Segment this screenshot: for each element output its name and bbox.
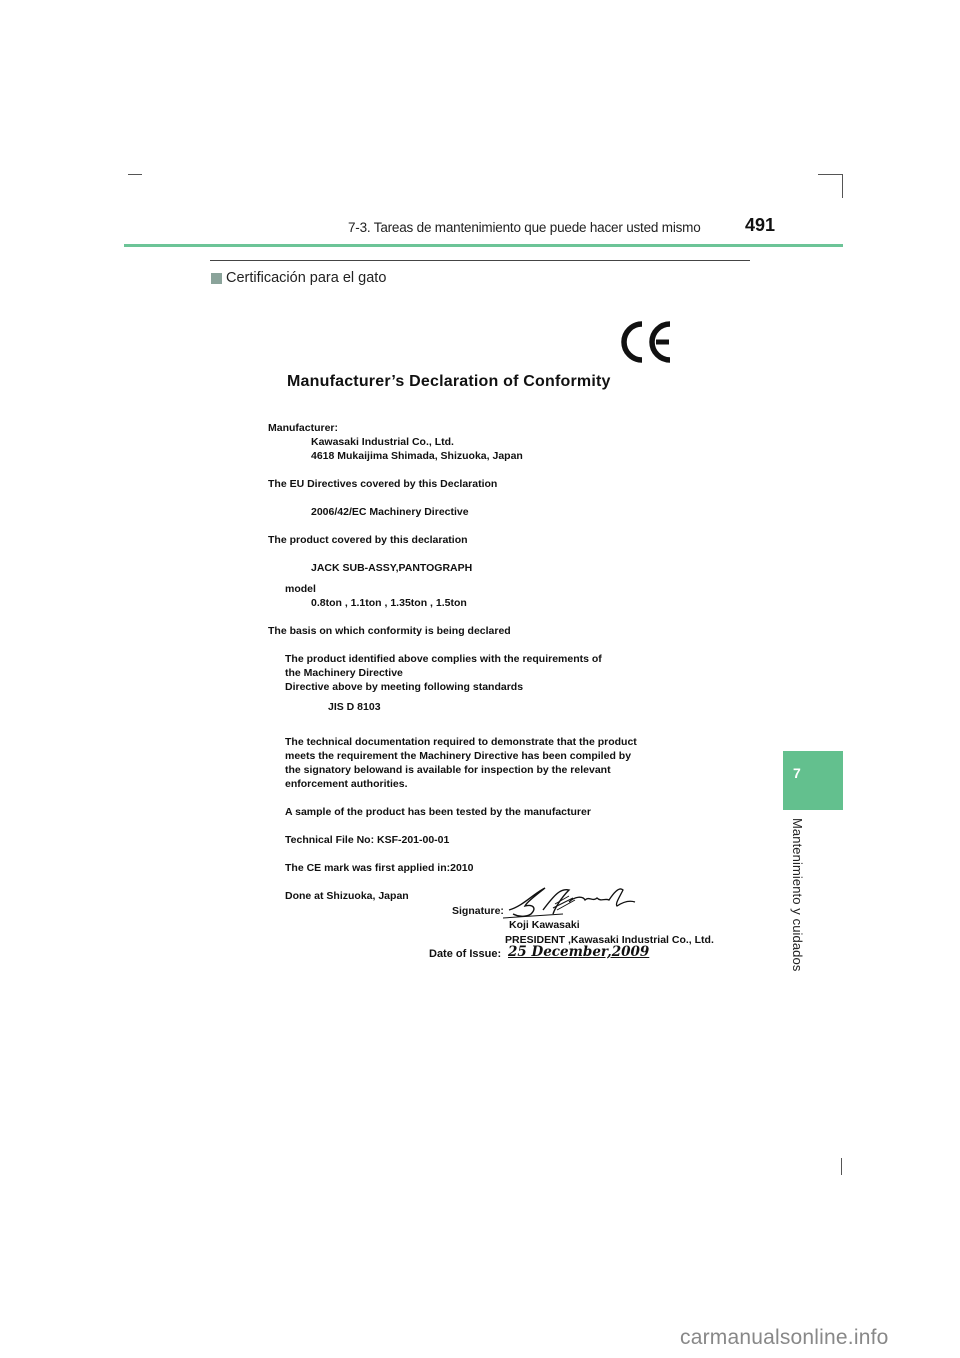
running-header-title: 7-3. Tareas de mantenimiento que puede h… [348, 220, 701, 235]
product-label: The product covered by this declaration [268, 533, 468, 547]
standard: JIS D 8103 [328, 700, 381, 714]
section-heading: Certificación para el gato [211, 270, 386, 286]
basis-line-3: Directive above by meeting following sta… [285, 680, 523, 694]
date-value: 25 December,2009 [508, 944, 649, 960]
square-bullet-icon [211, 273, 222, 284]
sample-statement: A sample of the product has been tested … [285, 805, 591, 819]
watermark: carmanualsonline.info [680, 1326, 889, 1350]
technical-line-3: the signatory belowand is available for … [285, 763, 611, 777]
crop-mark-bottom-right [841, 1158, 842, 1175]
manufacturer-address: 4618 Mukaijima Shimada, Shizuoka, Japan [311, 449, 523, 463]
directive: 2006/42/EC Machinery Directive [311, 505, 469, 519]
section-heading-text: Certificación para el gato [226, 270, 386, 286]
chapter-label: Mantenimiento y cuidados [790, 818, 805, 971]
date-label: Date of Issue: [429, 947, 501, 961]
manufacturer-label: Manufacturer: [268, 421, 338, 435]
crop-mark-top-left [128, 174, 142, 175]
technical-line-2: meets the requirement the Machinery Dire… [285, 749, 631, 763]
signatory-name: Koji Kawasaki [509, 918, 580, 932]
ce-applied: The CE mark was first applied in:2010 [285, 861, 473, 875]
basis-line-1: The product identified above complies wi… [285, 652, 602, 666]
chapter-tab[interactable]: 7 [783, 751, 843, 810]
technical-line-4: enforcement authorities. [285, 777, 408, 791]
signature-icon [503, 884, 643, 920]
page-number: 491 [745, 215, 775, 236]
model-label: model [285, 582, 316, 596]
signature-label: Signature: [452, 904, 504, 918]
directives-label: The EU Directives covered by this Declar… [268, 477, 497, 491]
crop-mark-top-right-h [818, 174, 843, 175]
section-divider [210, 260, 750, 261]
done-at: Done at Shizuoka, Japan [285, 889, 409, 903]
ce-mark-icon [620, 320, 680, 364]
technical-file: Technical File No: KSF-201-00-01 [285, 833, 449, 847]
technical-line-1: The technical documentation required to … [285, 735, 637, 749]
manufacturer-name: Kawasaki Industrial Co., Ltd. [311, 435, 454, 449]
models: 0.8ton , 1.1ton , 1.35ton , 1.5ton [311, 596, 467, 610]
crop-mark-top-right-v [842, 174, 843, 198]
product-name: JACK SUB-ASSY,PANTOGRAPH [311, 561, 472, 575]
header-divider [124, 244, 843, 247]
declaration-title: Manufacturer’s Declaration of Conformity [287, 373, 611, 391]
basis-label: The basis on which conformity is being d… [268, 624, 511, 638]
basis-line-2: the Machinery Directive [285, 666, 403, 680]
chapter-number: 7 [793, 765, 801, 781]
